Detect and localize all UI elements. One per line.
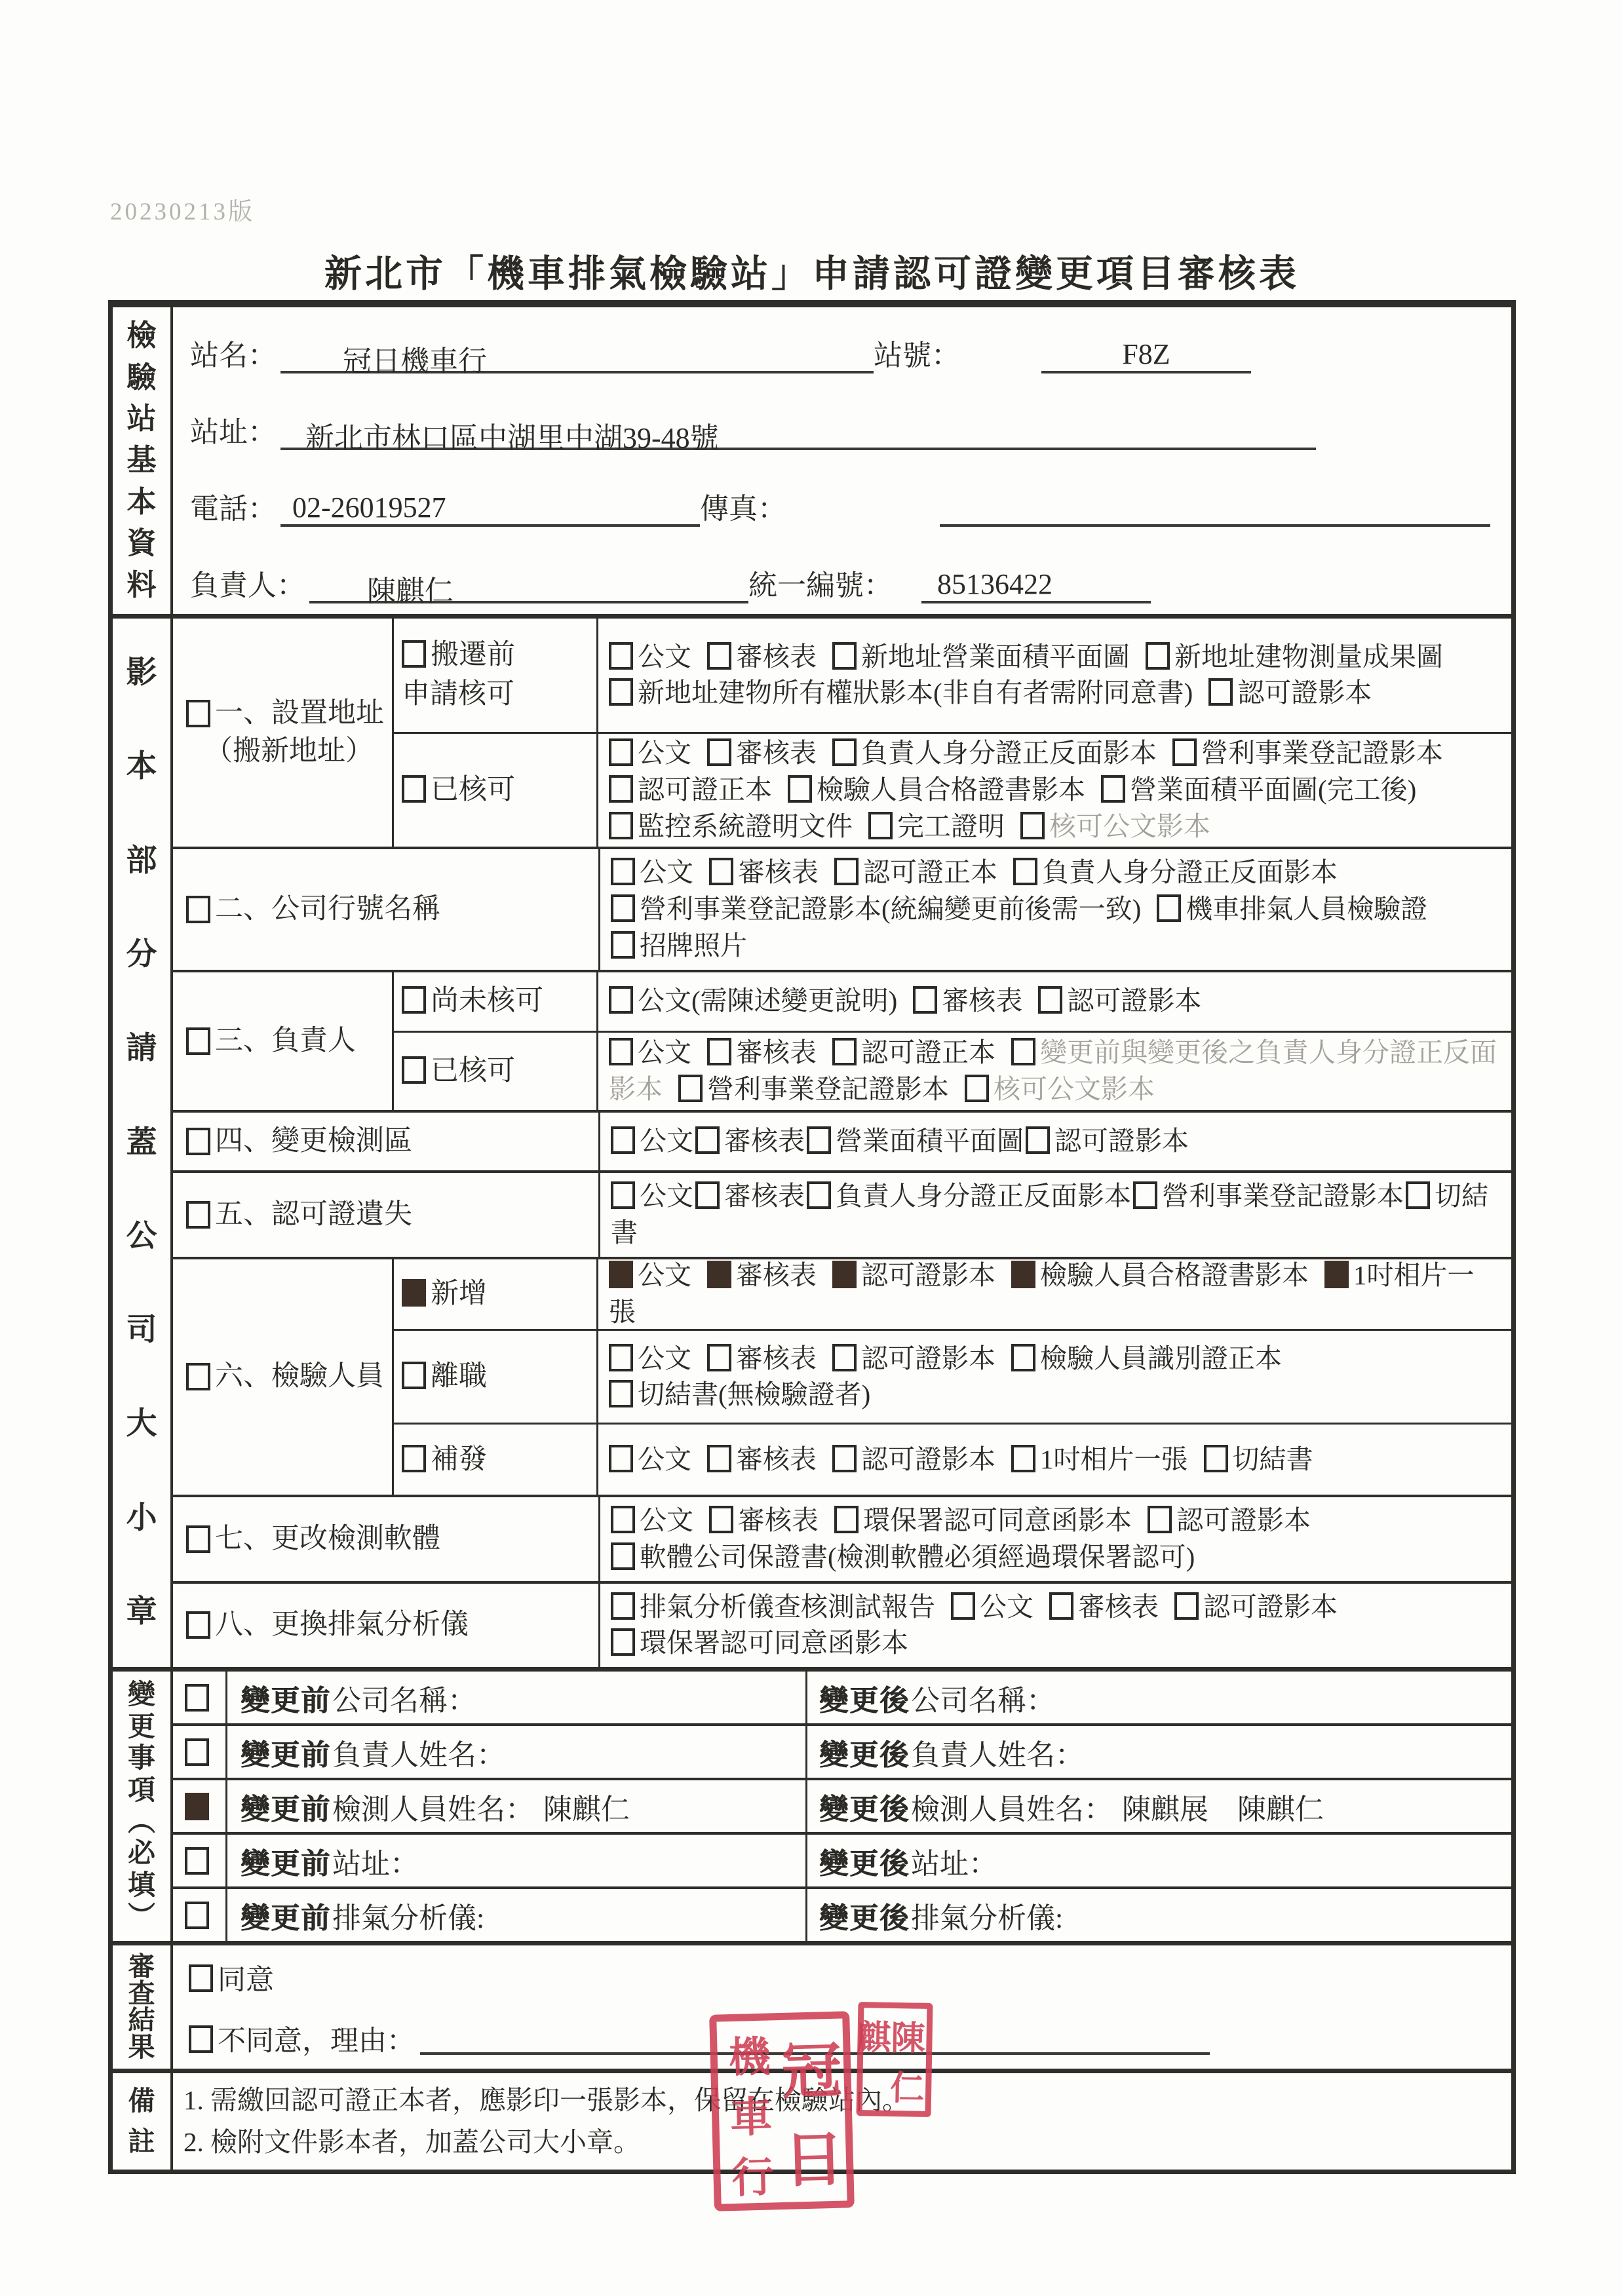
- seal-char: 冠: [780, 2022, 842, 2110]
- field-label: 電話：: [190, 485, 277, 527]
- doc-line: 新地址建物所有權狀影本(非自有者需附同意書)認可證影本: [609, 675, 1502, 712]
- doc-sub-cell: 已核可: [392, 734, 596, 847]
- change-row: 變更前排氣分析儀:變更後排氣分析儀:: [173, 1886, 1511, 1941]
- doc-option: 公文: [611, 857, 693, 887]
- doc-line: 招牌照片: [611, 928, 1502, 965]
- section-label-char: 部: [126, 846, 157, 877]
- doc-option-checkbox: [834, 858, 859, 885]
- section-label-basic-info: 檢驗站基本資料: [113, 307, 173, 614]
- doc-option-checkbox: [611, 931, 635, 959]
- section-label-char: 大: [126, 1409, 157, 1440]
- doc-sub-label-line: 尚未核可: [402, 982, 596, 1021]
- doc-sub-row: 補發公文審核表認可證影本1吋相片一張切結書: [392, 1423, 1511, 1495]
- doc-option: 認可證正本: [832, 1037, 995, 1067]
- doc-option-label: 公文: [640, 857, 693, 887]
- doc-option-label: 軟體公司保證書(檢測軟體必須經過環保署認可): [640, 1542, 1195, 1572]
- change-before-cell: 變更前檢測人員姓名：陳麒仁: [227, 1780, 807, 1832]
- change-checkbox: [185, 1738, 209, 1766]
- doc-item-checkbox: [186, 1363, 210, 1390]
- section-label-char: 公: [126, 1221, 157, 1252]
- doc-option-label: 認可證影本: [1067, 985, 1201, 1016]
- doc-option-checkbox: [678, 1075, 703, 1102]
- doc-option-label: 認可證正本: [638, 775, 772, 805]
- change-checkbox: [185, 1847, 209, 1875]
- doc-option-checkbox: [709, 1506, 733, 1533]
- company-seal-stamp: 冠日機車行: [709, 2011, 855, 2211]
- doc-option: 營業面積平面圖(完工後): [1101, 775, 1416, 805]
- doc-option-label: 審核表: [724, 1126, 805, 1156]
- doc-option-label: 審核表: [738, 857, 819, 887]
- doc-option-label: 營利事業登記證影本: [707, 1074, 949, 1104]
- doc-sub-label: 補發: [431, 1444, 487, 1475]
- doc-sub-label: 新增: [431, 1278, 487, 1309]
- doc-sub-cell: 尚未核可: [392, 972, 596, 1031]
- doc-option-checkbox: [1038, 986, 1062, 1014]
- doc-option: 審核表: [707, 1037, 817, 1067]
- change-before-cell: 變更前負責人姓名：: [227, 1726, 807, 1778]
- doc-option-checkbox: [1174, 1592, 1199, 1620]
- change-items-body: 變更前公司名稱：變更後公司名稱：變更前負責人姓名：變更後負責人姓名：變更前檢測人…: [173, 1672, 1511, 1941]
- doc-item-cell: 六、檢驗人員: [173, 1259, 392, 1495]
- doc-sub-checkbox: [402, 775, 426, 803]
- seal-char: 仁: [890, 2059, 925, 2109]
- change-checkbox-cell: [173, 1672, 227, 1723]
- documents-body: 一、設置地址（搬新地址）搬遷前申請核可公文審核表新地址營業面積平面圖新地址建物測…: [173, 619, 1511, 1667]
- doc-item-lines: 二、公司行號名稱: [186, 890, 440, 928]
- doc-option-checkbox: [832, 1038, 857, 1065]
- change-before-cell: 變更前排氣分析儀:: [227, 1889, 807, 1941]
- doc-item-line: 一、設置地址: [186, 695, 384, 733]
- doc-item-label: 八、更換排氣分析儀: [215, 1606, 469, 1644]
- section-label-char: 蓋: [126, 1128, 157, 1158]
- doc-option: 營利事業登記證影本: [1133, 1181, 1404, 1211]
- change-before-prefix: 變更前: [241, 1840, 331, 1882]
- doc-option-label: 認可證影本: [1176, 1505, 1311, 1535]
- doc-option-checkbox: [707, 1038, 731, 1065]
- doc-option-label: 認可證影本: [861, 1343, 995, 1373]
- doc-option: 審核表: [707, 1343, 817, 1373]
- doc-row: 六、檢驗人員新增公文審核表認可證影本檢驗人員合格證書影本1吋相片一張離職公文審核…: [173, 1257, 1511, 1495]
- field-underline: 冠日機車行: [280, 337, 874, 373]
- doc-sub-checkbox: [402, 1279, 426, 1307]
- doc-option: 審核表: [913, 985, 1022, 1016]
- doc-item-lines: 三、負責人: [186, 1022, 356, 1060]
- section-label-char: 本: [126, 752, 157, 782]
- doc-option: 營業面積平面圖: [807, 1126, 1024, 1156]
- doc-option: 1吋相片一張: [1011, 1444, 1188, 1474]
- doc-option-label: 公文: [638, 641, 691, 672]
- doc-option-checkbox: [609, 1038, 633, 1065]
- doc-option-checkbox: [1148, 1506, 1172, 1533]
- change-after-label: 負責人姓名：: [911, 1731, 1084, 1773]
- doc-line: 公文審核表新地址營業面積平面圖新地址建物測量成果圖: [609, 639, 1502, 676]
- basic-field-row: 負責人：陳麒仁統一編號：85136422: [173, 537, 1511, 614]
- change-after-prefix: 變更後: [819, 1786, 910, 1827]
- seal-char: 行: [731, 2143, 774, 2205]
- seal-char: 機: [727, 2023, 771, 2084]
- basic-field-row: 站名：冠日機車行站號：F8Z: [173, 307, 1511, 384]
- doc-item-checkbox: [186, 700, 210, 727]
- section-change-items: 變更事項︵必填︶ 變更前公司名稱：變更後公司名稱：變更前負責人姓名：變更後負責人…: [113, 1667, 1511, 1941]
- doc-option-label: 營利事業登記證影本: [1162, 1181, 1404, 1211]
- doc-sub-checkbox: [402, 1362, 426, 1389]
- section-label-char: 事: [128, 1745, 155, 1772]
- doc-item-label: 二、公司行號名稱: [215, 890, 440, 928]
- section-label-char: 分: [126, 940, 157, 970]
- doc-option: 審核表: [707, 1260, 817, 1290]
- doc-item-line: 三、負責人: [186, 1022, 356, 1060]
- section-label-char: 資: [126, 529, 156, 558]
- doc-option-checkbox: [609, 642, 633, 670]
- doc-option-label: 新地址營業面積平面圖: [861, 641, 1130, 672]
- doc-item-cell: 二、公司行號名稱: [173, 849, 598, 969]
- section-label-char: 填: [128, 1872, 155, 1900]
- doc-item-label: 六、檢驗人員: [215, 1358, 384, 1396]
- doc-item-checkbox: [186, 896, 210, 923]
- doc-option-label: 公文: [638, 1343, 691, 1373]
- doc-sub-row: 已核可公文審核表負責人身分證正反面影本營利事業登記證影本認可證正本檢驗人員合格證…: [392, 732, 1511, 847]
- doc-sub-label: 搬遷前: [431, 640, 515, 670]
- doc-sub-cell: 新增: [392, 1259, 596, 1330]
- doc-option-label: 招牌照片: [640, 930, 747, 961]
- doc-line: 認可證正本檢驗人員合格證書影本營業面積平面圖(完工後): [609, 772, 1502, 809]
- doc-option: 認可證影本: [1026, 1126, 1189, 1156]
- doc-option: 新地址建物所有權狀影本(非自有者需附同意書): [609, 678, 1193, 708]
- doc-option-label: 1吋相片一張: [1040, 1444, 1188, 1474]
- section-label-char: 請: [126, 1033, 157, 1064]
- doc-option-checkbox: [832, 1445, 857, 1472]
- doc-option: 審核表: [1049, 1592, 1159, 1622]
- doc-row: 八、更換排氣分析儀排氣分析儀查核測試報告公文審核表認可證影本環保署認可同意函影本: [173, 1581, 1511, 1668]
- doc-row: 一、設置地址（搬新地址）搬遷前申請核可公文審核表新地址營業面積平面圖新地址建物測…: [173, 619, 1511, 847]
- doc-option-label: 認可證影本: [1203, 1592, 1338, 1622]
- doc-line: 公文(需陳述變更說明)審核表認可證影本: [609, 983, 1502, 1020]
- doc-item-line: 七、更改檢測軟體: [186, 1520, 440, 1558]
- section-label-notes: 備註: [113, 2073, 173, 2170]
- doc-option: 營利事業登記證影本: [678, 1074, 949, 1104]
- change-before-cell: 變更前公司名稱：: [227, 1672, 807, 1723]
- doc-sub-label: 申請核可: [402, 679, 514, 710]
- doc-option: 認可證影本: [1038, 985, 1201, 1016]
- doc-option-checkbox: [1133, 1181, 1157, 1209]
- doc-cell: 公文審核表認可證正本負責人身分證正反面影本營利事業登記證影本(統編變更前後需一致…: [598, 849, 1511, 969]
- change-before-label: 站址：: [332, 1840, 419, 1882]
- doc-option-checkbox: [913, 986, 937, 1014]
- change-after-label: 公司名稱：: [911, 1677, 1055, 1719]
- doc-option-label: 核可公文影本: [1049, 811, 1210, 841]
- change-after-cell: 變更後站址：: [807, 1835, 1511, 1886]
- doc-option-checkbox: [609, 775, 633, 803]
- doc-item-label-2: （搬新地址）: [186, 733, 384, 771]
- section-label-char: 果: [128, 2034, 155, 2061]
- doc-item-label: 一、設置地址: [215, 695, 384, 733]
- doc-option: 核可公文影本: [1020, 811, 1210, 841]
- doc-cell: 公文(需陳述變更說明)審核表認可證影本: [596, 972, 1511, 1031]
- section-label-char: 變: [128, 1681, 155, 1709]
- doc-option-checkbox: [1020, 812, 1045, 839]
- field-value: 冠日機車行: [343, 345, 487, 377]
- field-underline: 02-26019527: [280, 491, 700, 527]
- doc-option-checkbox: [609, 1261, 633, 1288]
- doc-cell: 公文審核表認可證影本1吋相片一張切結書: [596, 1425, 1511, 1495]
- change-row: 變更前公司名稱：變更後公司名稱：: [173, 1672, 1511, 1723]
- change-before-prefix: 變更前: [241, 1677, 331, 1719]
- change-after-prefix: 變更後: [819, 1840, 910, 1882]
- change-after-label: 站址：: [911, 1840, 997, 1882]
- doc-option-label: 審核表: [724, 1181, 805, 1211]
- seal-char: 麒: [857, 2009, 891, 2059]
- doc-option-checkbox: [695, 1126, 720, 1154]
- doc-option-label: 審核表: [736, 738, 817, 768]
- doc-option: 招牌照片: [611, 930, 747, 961]
- doc-option-checkbox: [611, 1126, 635, 1154]
- change-after-label: 排氣分析儀:: [911, 1894, 1063, 1936]
- disagree-label: 不同意，理由：: [218, 2019, 415, 2059]
- doc-item-label: 七、更改檢測軟體: [215, 1520, 440, 1558]
- field-value: 85136422: [937, 568, 1052, 600]
- doc-option: 負責人身分證正反面影本: [832, 738, 1157, 768]
- doc-option: 營利事業登記證影本(統編變更前後需一致): [611, 894, 1141, 924]
- doc-option-checkbox: [807, 1181, 831, 1209]
- change-row: 變更前負責人姓名：變更後負責人姓名：: [173, 1723, 1511, 1778]
- doc-item-cell: 五、認可證遺失: [173, 1173, 598, 1257]
- doc-option-label: 檢驗人員合格證書影本: [817, 775, 1085, 805]
- doc-option-label: 審核表: [736, 641, 817, 672]
- doc-sub-cell: 補發: [392, 1425, 596, 1495]
- section-label-char: 影: [126, 658, 157, 689]
- doc-option-checkbox: [1324, 1261, 1349, 1288]
- doc-option-checkbox: [834, 1506, 859, 1533]
- doc-option-checkbox: [609, 986, 633, 1014]
- doc-option-checkbox: [611, 1628, 635, 1656]
- section-label-char: 必: [128, 1840, 155, 1867]
- doc-option: 認可證影本: [832, 1444, 995, 1474]
- change-checkbox-cell: [173, 1889, 227, 1941]
- section-label-char: 驗: [126, 363, 156, 392]
- field-label: 傳真：: [700, 485, 786, 527]
- seal-char: 日: [782, 2111, 845, 2198]
- doc-option-checkbox: [709, 858, 733, 885]
- doc-line: 排氣分析儀查核測試報告公文審核表認可證影本: [611, 1589, 1502, 1626]
- doc-option-label: 認可證正本: [863, 857, 997, 887]
- change-checkbox: [185, 1684, 209, 1712]
- doc-sub-label-line: 新增: [402, 1274, 596, 1314]
- doc-sub-checkbox: [402, 986, 426, 1014]
- field-label: 負責人：: [190, 562, 305, 603]
- doc-option-label: 負責人身分證正反面影本: [836, 1181, 1131, 1211]
- doc-row: 三、負責人尚未核可公文(需陳述變更說明)審核表認可證影本已核可公文審核表認可證正…: [173, 970, 1511, 1111]
- doc-option-checkbox: [611, 1592, 635, 1620]
- change-row: 變更前檢測人員姓名：陳麒仁變更後檢測人員姓名：陳麒展 陳麒仁: [173, 1778, 1511, 1832]
- doc-option-label: 公文: [638, 1037, 691, 1067]
- change-after-prefix: 變更後: [819, 1677, 910, 1719]
- section-label-documents: 影本部分請蓋公司大小章: [113, 619, 173, 1667]
- doc-line: 監控系統證明文件完工證明核可公文影本: [609, 809, 1502, 845]
- doc-option: 檢驗人員合格證書影本: [1011, 1260, 1309, 1290]
- doc-option-label: 檢驗人員合格證書影本: [1040, 1260, 1309, 1290]
- doc-option-checkbox: [611, 894, 635, 922]
- doc-option: 審核表: [695, 1181, 805, 1211]
- doc-option-checkbox: [611, 858, 635, 885]
- doc-item-cell: 八、更換排氣分析儀: [173, 1584, 598, 1668]
- doc-item-lines: 四、變更檢測區: [186, 1122, 412, 1160]
- doc-option-label: 營業面積平面圖: [836, 1126, 1024, 1156]
- change-checkbox-cell: [173, 1726, 227, 1778]
- doc-cell: 公文審核表新地址營業面積平面圖新地址建物測量成果圖新地址建物所有權狀影本(非自有…: [596, 619, 1511, 732]
- doc-item-line: 四、變更檢測區: [186, 1122, 412, 1160]
- doc-item-lines: 五、認可證遺失: [186, 1196, 412, 1234]
- doc-sub-checkbox: [402, 1056, 426, 1084]
- version-mark: 20230213版: [110, 191, 255, 227]
- section-label-char: ︵: [128, 1808, 155, 1836]
- doc-option-checkbox: [609, 1445, 633, 1472]
- section-documents: 影本部分請蓋公司大小章 一、設置地址（搬新地址）搬遷前申請核可公文審核表新地址營…: [113, 614, 1511, 1667]
- field-value: 02-26019527: [292, 491, 446, 524]
- doc-line: 公文審核表負責人身分證正反面影本營利事業登記證影本: [609, 735, 1502, 772]
- doc-option-label: 完工證明: [897, 811, 1005, 841]
- doc-option-checkbox: [1011, 1445, 1035, 1472]
- doc-option: 排氣分析儀查核測試報告: [611, 1592, 935, 1622]
- doc-sub-stack: 新增公文審核表認可證影本檢驗人員合格證書影本1吋相片一張離職公文審核表認可證影本…: [392, 1259, 1511, 1495]
- section-label-change-items: 變更事項︵必填︶: [113, 1672, 173, 1941]
- change-after-prefix: 變更後: [819, 1894, 910, 1936]
- section-label-char: 章: [126, 1597, 157, 1628]
- doc-option-checkbox: [707, 1261, 731, 1288]
- doc-option: 負責人身分證正反面影本: [807, 1181, 1131, 1211]
- change-after-label: 檢測人員姓名：: [911, 1786, 1113, 1827]
- doc-option-label: 營利事業登記證影本(統編變更前後需一致): [640, 894, 1141, 924]
- section-label-char: 小: [126, 1503, 157, 1534]
- doc-option-label: 環保署認可同意函影本: [640, 1628, 908, 1658]
- doc-option: 公文: [609, 738, 691, 768]
- doc-cell: 排氣分析儀查核測試報告公文審核表認可證影本環保署認可同意函影本: [598, 1584, 1511, 1668]
- doc-item-label: 三、負責人: [215, 1022, 356, 1060]
- doc-option: 認可證影本: [832, 1260, 995, 1290]
- doc-option-checkbox: [1026, 1126, 1050, 1154]
- doc-option-checkbox: [707, 1445, 731, 1472]
- doc-item-line: 五、認可證遺失: [186, 1196, 412, 1234]
- doc-option: 新地址營業面積平面圖: [832, 641, 1130, 672]
- doc-option-checkbox: [609, 1380, 633, 1407]
- field-underline: 85136422: [921, 567, 1151, 603]
- doc-item-label: 五、認可證遺失: [215, 1196, 412, 1234]
- doc-item-line: 八、更換排氣分析儀: [186, 1606, 469, 1644]
- change-checkbox-cell: [173, 1780, 227, 1832]
- doc-option-label: 新地址建物測量成果圖: [1174, 641, 1443, 672]
- doc-cell: 公文審核表負責人身分證正反面影本營利事業登記證影本認可證正本檢驗人員合格證書影本…: [596, 734, 1511, 847]
- doc-sub-row: 尚未核可公文(需陳述變更說明)審核表認可證影本: [392, 972, 1511, 1031]
- doc-option-label: 公文: [640, 1505, 693, 1535]
- doc-cell: 公文審核表認可證影本檢驗人員合格證書影本1吋相片一張: [596, 1259, 1511, 1330]
- doc-option-label: 審核表: [736, 1444, 817, 1474]
- doc-item-cell: 一、設置地址（搬新地址）: [173, 619, 392, 847]
- doc-option: 認可證正本: [609, 775, 772, 805]
- doc-option-label: 認可證影本: [1054, 1126, 1189, 1156]
- doc-option-checkbox: [832, 738, 857, 766]
- doc-item-label: 四、變更檢測區: [215, 1122, 412, 1160]
- doc-option: 公文: [611, 1181, 693, 1211]
- doc-line: 軟體公司保證書(檢測軟體必須經過環保署認可): [611, 1539, 1502, 1576]
- basic-info-body: 站名：冠日機車行站號：F8Z站址：新北市林口區中湖里中湖39-48號電話：02-…: [173, 307, 1511, 614]
- doc-option: 環保署認可同意函影本: [611, 1628, 908, 1658]
- change-before-prefix: 變更前: [241, 1894, 331, 1936]
- doc-row: 七、更改檢測軟體公文審核表環保署認可同意函影本認可證影本軟體公司保證書(檢測軟體…: [173, 1495, 1511, 1581]
- scanned-form-page: { "page": { "version_mark": "20230213版",…: [0, 0, 1622, 2296]
- section-label-char: 查: [128, 1980, 155, 2007]
- doc-sub-stack: 尚未核可公文(需陳述變更說明)審核表認可證影本已核可公文審核表認可證正本變更前與…: [392, 972, 1511, 1111]
- doc-option: 公文: [611, 1126, 693, 1156]
- field-underline: 陳麒仁: [309, 567, 748, 603]
- agree-label: 同意: [218, 1958, 274, 1998]
- section-label-char: 站: [126, 404, 156, 434]
- section-label-char: 本: [126, 488, 156, 517]
- section-label-review-result: 審查結果: [113, 1945, 173, 2069]
- change-before-value: 陳麒仁: [543, 1786, 630, 1827]
- doc-item-checkbox: [186, 1201, 210, 1229]
- doc-option-checkbox: [1101, 775, 1125, 803]
- change-before-prefix: 變更前: [241, 1731, 331, 1773]
- doc-option-label: 機車排氣人員檢驗證: [1186, 894, 1427, 924]
- doc-option-label: 公文: [640, 1126, 693, 1156]
- doc-item-line: 二、公司行號名稱: [186, 890, 440, 928]
- field-underline: 新北市林口區中湖里中湖39-48號: [280, 414, 1316, 450]
- doc-option-label: 環保署認可同意函影本: [863, 1505, 1132, 1535]
- disagree-checkbox: [189, 2025, 213, 2053]
- doc-option-label: 核可公文影本: [994, 1074, 1155, 1104]
- doc-option-label: 公文(需陳述變更說明): [638, 985, 897, 1016]
- doc-line: 公文審核表營業面積平面圖認可證影本: [611, 1123, 1502, 1160]
- field-value: 新北市林口區中湖里中湖39-48號: [305, 422, 719, 454]
- doc-option-label: 監控系統證明文件: [638, 811, 853, 841]
- doc-sub-cell: 已核可: [392, 1033, 596, 1110]
- doc-option-checkbox: [707, 1344, 731, 1371]
- change-row: 變更前站址：變更後站址：: [173, 1832, 1511, 1886]
- doc-option-checkbox: [1013, 858, 1037, 885]
- basic-field-row: 站址：新北市林口區中湖里中湖39-48號: [173, 384, 1511, 461]
- doc-option-label: 公文: [980, 1592, 1033, 1622]
- doc-item-cell: 三、負責人: [173, 972, 392, 1111]
- doc-option-checkbox: [965, 1075, 989, 1102]
- doc-item-lines: 六、檢驗人員: [186, 1358, 384, 1396]
- change-checkbox-cell: [173, 1835, 227, 1886]
- doc-option: 核可公文影本: [965, 1074, 1155, 1104]
- change-before-cell: 變更前站址：: [227, 1835, 807, 1886]
- doc-cell: 公文審核表營業面積平面圖認可證影本: [598, 1113, 1511, 1170]
- doc-option-checkbox: [611, 1181, 635, 1209]
- doc-option-label: 營利事業登記證影本: [1201, 738, 1443, 768]
- doc-option-checkbox: [832, 1344, 857, 1371]
- doc-sub-row: 新增公文審核表認可證影本檢驗人員合格證書影本1吋相片一張: [392, 1259, 1511, 1330]
- doc-sub-stack: 搬遷前申請核可公文審核表新地址營業面積平面圖新地址建物測量成果圖新地址建物所有權…: [392, 619, 1511, 847]
- doc-option-checkbox: [1172, 738, 1197, 766]
- section-label-char: 基: [126, 446, 156, 475]
- field-label: 站名：: [190, 332, 277, 373]
- doc-line: 營利事業登記證影本(統編變更前後需一致)機車排氣人員檢驗證: [611, 891, 1502, 928]
- section-label-char: 備: [128, 2088, 155, 2114]
- doc-option-label: 認可證影本: [861, 1260, 995, 1290]
- doc-option-checkbox: [611, 1506, 635, 1533]
- field-underline: F8Z: [1041, 337, 1251, 373]
- section-label-char: 料: [126, 571, 156, 600]
- doc-option-label: 公文: [638, 738, 691, 768]
- doc-option-label: 營業面積平面圖(完工後): [1130, 775, 1416, 805]
- doc-option: 認可證影本: [1148, 1505, 1311, 1535]
- doc-option-checkbox: [609, 678, 633, 706]
- section-label-char: 審: [128, 1953, 155, 1980]
- seal-char: 陳: [891, 2010, 925, 2059]
- company-seal-right-column: 冠日: [779, 2021, 845, 2200]
- doc-option-checkbox: [1204, 1445, 1228, 1472]
